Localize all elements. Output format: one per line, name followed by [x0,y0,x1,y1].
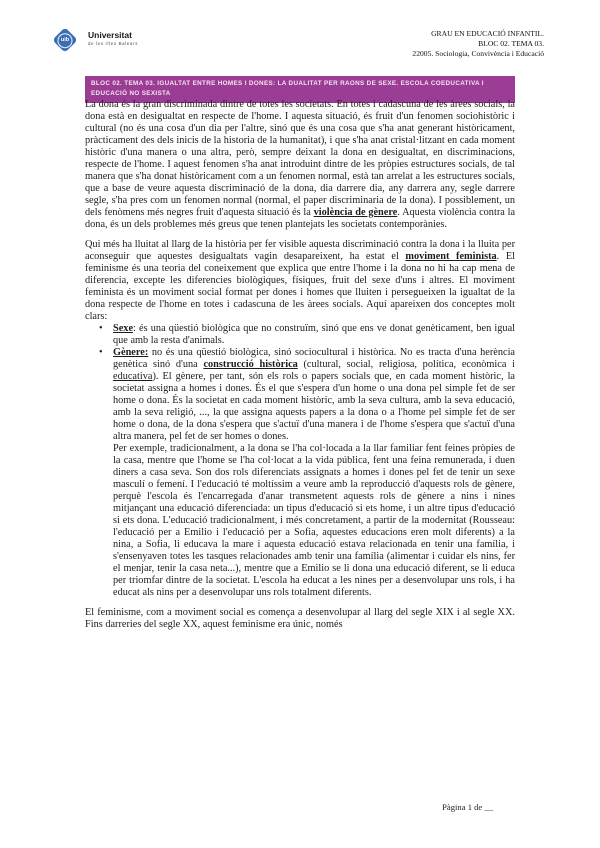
page-footer: Pàgina 1 de __ [442,802,493,812]
page-number: Pàgina 1 de __ [442,802,493,812]
bullet-marker-icon: • [99,323,103,335]
indented-paragraph: Per exemple, tradicionalment, a la dona … [85,443,515,599]
body-paragraph: La dona és la gran discriminada dintre d… [85,99,515,231]
logo-org-name: Universitat [88,31,138,40]
bullet-item: •Sexe: és una qüestió biològica que no c… [85,323,515,347]
text-segment: : és una qüestió biològica que no constr… [113,323,515,346]
page-root: { "page": { "header": { "logo": { "monog… [0,0,600,848]
course-info-line-3: 22005. Sociologia, Convivència i Educaci… [412,49,544,59]
bullet-marker-icon: • [99,347,103,359]
text-segment: ). El gènere, per tant, són els rols o p… [113,371,515,442]
uib-logo-ring: uib [58,33,73,48]
text-segment: moviment feminista [405,251,496,262]
uib-logo-monogram: uib [61,37,69,43]
text-segment: educativa [113,371,152,382]
text-segment: Sexe [113,323,133,334]
course-info-line-2: BLOC 02. TEMA 03. [412,39,544,49]
text-segment: El feminisme, com a moviment social es c… [85,607,515,630]
header-logo: uib Universitat de les Illes Balears [52,28,138,49]
document-body: La dona és la gran discriminada dintre d… [85,99,515,631]
text-segment: Gènere: [113,347,148,358]
topic-banner-title: BLOC 02. TEMA 03. IGUALTAT ENTRE HOMES I… [91,80,484,97]
text-segment: (cultural, social, religiosa, política, … [298,359,515,370]
logo-wordmark: Universitat de les Illes Balears [88,31,138,46]
text-segment: Per exemple, tradicionalment, a la dona … [113,443,515,598]
text-segment: violència de gènere [314,207,398,218]
text-segment: construcció històrica [203,359,297,370]
course-info: GRAU EN EDUCACIÓ INFANTIL. BLOC 02. TEMA… [412,29,544,59]
bullet-item: •Gènere: no és una qüestió biològica, si… [85,347,515,443]
logo-org-subname: de les Illes Balears [88,41,138,46]
body-paragraph: El feminisme, com a moviment social es c… [85,607,515,631]
body-paragraph: Qui més ha lluitat al llarg de la històr… [85,239,515,323]
course-info-line-1: GRAU EN EDUCACIÓ INFANTIL. [412,29,544,39]
uib-logo-icon: uib [52,27,77,52]
text-segment: La dona és la gran discriminada dintre d… [85,99,515,218]
